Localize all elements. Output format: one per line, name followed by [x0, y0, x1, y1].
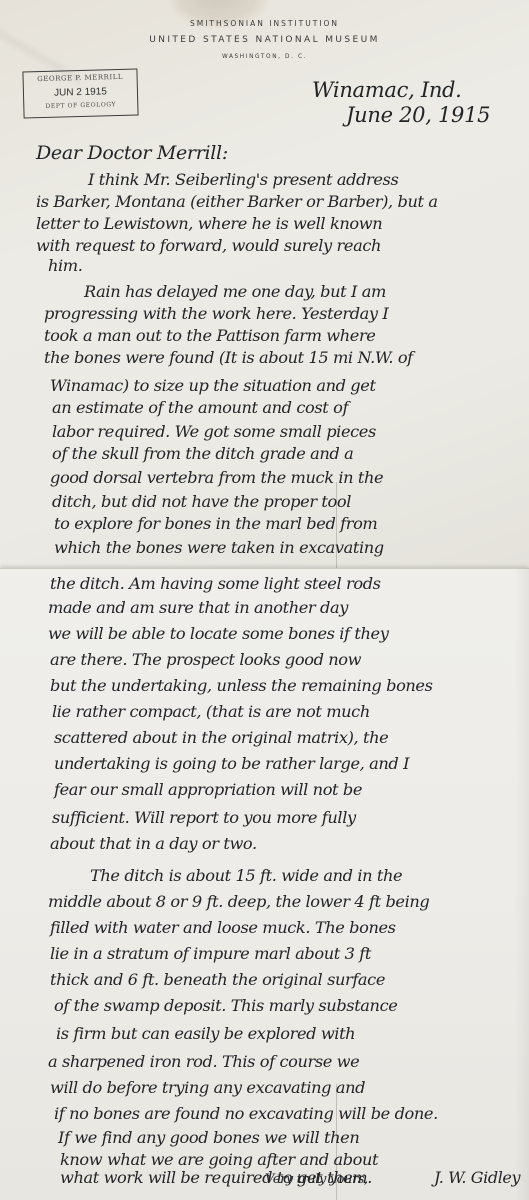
- body-line: which the bones were taken in excavating: [54, 538, 384, 557]
- body-line: the ditch. Am having some light steel ro…: [50, 574, 381, 593]
- body-line: Rain has delayed me one day, but I am: [84, 282, 386, 301]
- body-line: lie rather compact, (that is are not muc…: [52, 702, 370, 721]
- body-line: to explore for bones in the marl bed fro…: [54, 514, 377, 533]
- letterhead-institution: SMITHSONIAN INSTITUTION: [0, 19, 529, 28]
- body-line: a sharpened iron rod. This of course we: [48, 1052, 359, 1071]
- body-line: letter to Lewistown, where he is well kn…: [36, 214, 382, 233]
- body-line: about that in a day or two.: [50, 834, 257, 853]
- signature: J. W. Gidley: [434, 1168, 520, 1187]
- stamp-date: JUN 2 1915: [24, 86, 137, 100]
- letter-date: June 20, 1915: [346, 103, 490, 127]
- body-line: The ditch is about 15 ft. wide and in th…: [90, 866, 402, 885]
- body-line: undertaking is going to be rather large,…: [54, 754, 409, 773]
- body-line: Winamac) to size up the situation and ge…: [50, 376, 376, 395]
- body-line: we will be able to locate some bones if …: [48, 624, 388, 643]
- body-line: will do before trying any excavating and: [50, 1078, 365, 1097]
- body-line: him.: [48, 256, 83, 275]
- body-line: of the skull from the ditch grade and a: [52, 444, 353, 463]
- body-line: middle about 8 or 9 ft. deep, the lower …: [48, 892, 429, 911]
- body-line: of the swamp deposit. This marly substan…: [54, 996, 397, 1015]
- body-line: is firm but can easily be explored with: [56, 1024, 355, 1043]
- stamp-dept: DEPT OF GEOLOGY: [24, 101, 137, 111]
- body-line: If we find any good bones we will then: [58, 1128, 359, 1147]
- body-line: filled with water and loose muck. The bo…: [50, 918, 396, 937]
- letterhead-city: WASHINGTON, D. C.: [0, 54, 529, 60]
- body-line: if no bones are found no excavating will…: [54, 1104, 438, 1123]
- body-line: took a man out to the Pattison farm wher…: [44, 326, 375, 345]
- body-line: with request to forward, would surely re…: [36, 236, 381, 255]
- letterhead-museum: UNITED STATES NATIONAL MUSEUM: [0, 35, 529, 45]
- body-line: know what we are going after and about: [60, 1150, 378, 1169]
- stamp-name: GEORGE P. MERRILL: [24, 73, 137, 84]
- body-line: but the undertaking, unless the remainin…: [50, 676, 433, 695]
- body-line: are there. The prospect looks good now: [50, 650, 361, 669]
- body-line: scattered about in the original matrix),…: [54, 728, 388, 747]
- body-line: made and am sure that in another day: [48, 598, 348, 617]
- body-line: I think Mr. Seiberling's present address: [88, 170, 398, 189]
- received-stamp: GEORGE P. MERRILL JUN 2 1915 DEPT OF GEO…: [22, 69, 138, 119]
- body-line: sufficient. Will report to you more full…: [52, 808, 356, 827]
- body-line: thick and 6 ft. beneath the original sur…: [50, 970, 385, 989]
- body-line: the bones were found (It is about 15 mi …: [44, 348, 413, 367]
- body-line: ditch, but did not have the proper tool: [52, 492, 351, 511]
- body-line: an estimate of the amount and cost of: [52, 398, 348, 417]
- salutation: Dear Doctor Merrill:: [36, 142, 228, 164]
- letter-place: Winamac, Ind.: [312, 78, 462, 102]
- body-line: is Barker, Montana (either Barker or Bar…: [36, 192, 438, 211]
- body-line: labor required. We got some small pieces: [52, 422, 376, 441]
- page-edge-shadow: [515, 568, 529, 1200]
- body-line: good dorsal vertebra from the muck in th…: [50, 468, 383, 487]
- body-line: lie in a stratum of impure marl about 3 …: [50, 944, 371, 963]
- closing: Very truly yours,: [265, 1172, 368, 1187]
- body-line: progressing with the work here. Yesterda…: [44, 304, 388, 323]
- body-line: fear our small appropriation will not be: [54, 780, 362, 799]
